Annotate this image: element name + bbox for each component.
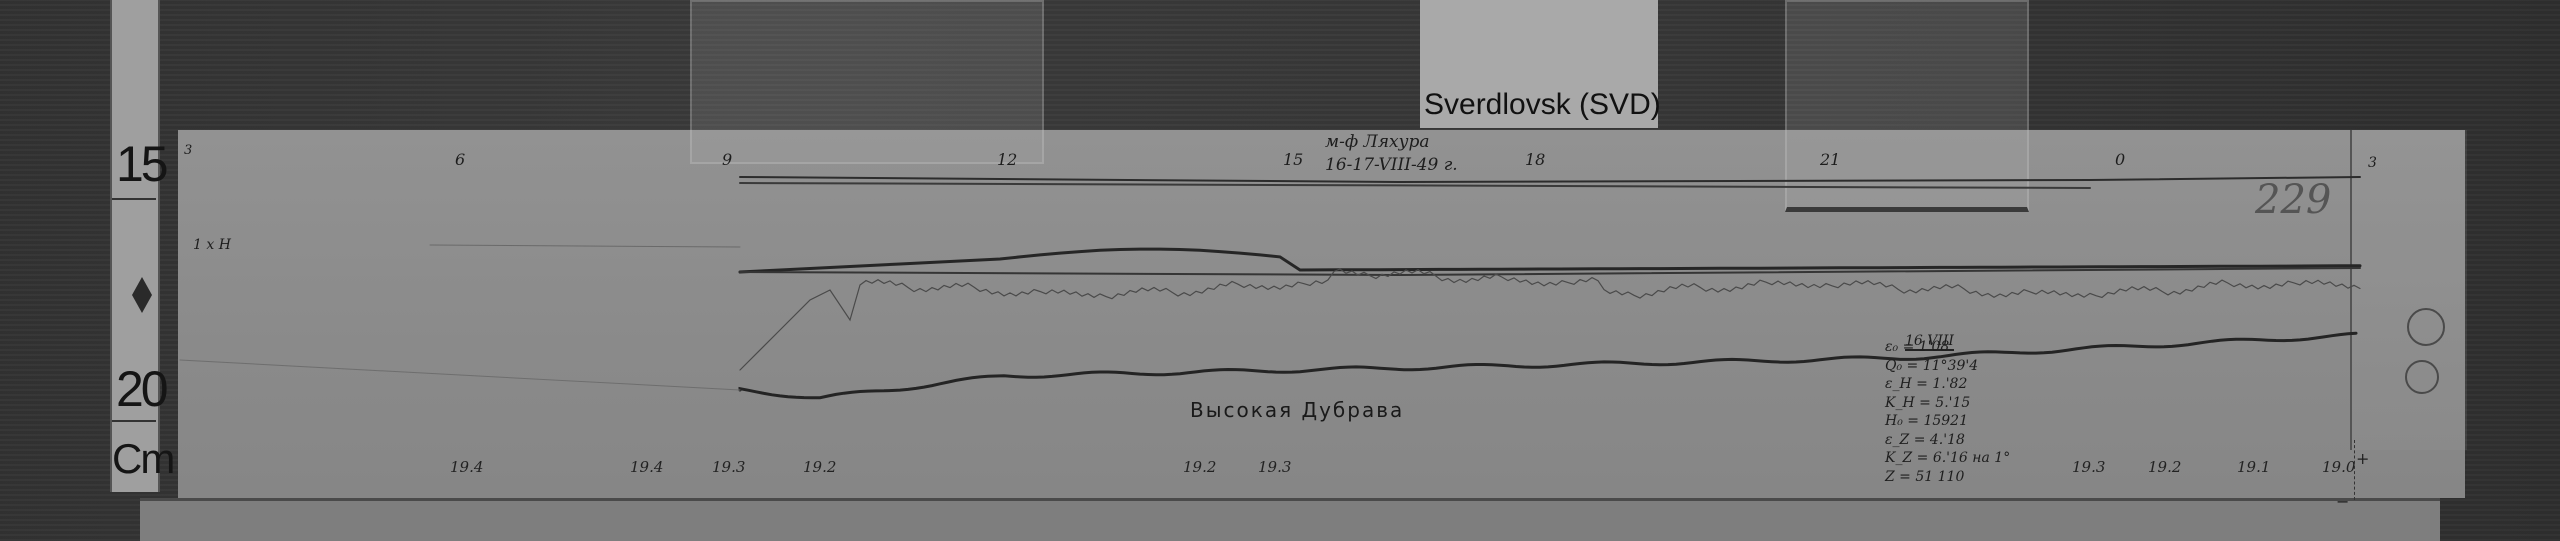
time-marker: 6 — [455, 150, 465, 169]
scale-plus: + — [2356, 449, 2369, 468]
temperature-label: 19.0 — [2322, 458, 2355, 476]
note-line: ε_H = 1.'82 — [1885, 375, 2010, 394]
calibration-notes: ε₀ = 1'08Q₀ = 11°39'4ε_H = 1.'82K_H = 5.… — [1885, 338, 2010, 486]
note-line: K_H = 5.'15 — [1885, 394, 2010, 413]
temperature-label: 19.1 — [2237, 458, 2270, 476]
station-name: Высокая Дубрава — [1190, 398, 1404, 422]
note-line: Q₀ = 11°39'4 — [1885, 357, 2010, 376]
note-line: Z = 51 110 — [1885, 468, 2010, 487]
temperature-label: 19.3 — [712, 458, 745, 476]
header-annotation-line2: 16-17-VIII-49 г. — [1325, 155, 1458, 175]
left-annotation: 1 x H — [193, 237, 231, 253]
corner-mark-left: 3 — [184, 143, 192, 158]
temperature-label: 19.2 — [1183, 458, 1216, 476]
temperature-label: 19.2 — [2148, 458, 2181, 476]
temperature-label: 19.3 — [1258, 458, 1291, 476]
time-marker: 0 — [2115, 150, 2125, 169]
corner-mark-right: 3 — [2368, 155, 2377, 171]
time-marker: 18 — [1525, 150, 1545, 169]
header-annotation-line1: м-ф Ляхура — [1325, 132, 1429, 152]
time-marker: 12 — [997, 150, 1017, 169]
note-line: H₀ = 15921 — [1885, 412, 2010, 431]
note-line: ε_Z = 4.'18 — [1885, 431, 2010, 450]
page-number: 229 — [2255, 177, 2331, 223]
time-marker: 21 — [1820, 150, 1840, 169]
time-marker: 9 — [722, 150, 732, 169]
temperature-label: 19.4 — [630, 458, 663, 476]
temperature-label: 19.2 — [803, 458, 836, 476]
note-line: K_Z = 6.'16 на 1° — [1885, 449, 2010, 468]
scale-arrow — [2354, 440, 2356, 500]
temperature-label: 19.3 — [2072, 458, 2105, 476]
note-line: ε₀ = 1'08 — [1885, 338, 2010, 357]
time-marker: 15 — [1283, 150, 1303, 169]
scale-minus: − — [2336, 492, 2349, 511]
temperature-label: 19.4 — [450, 458, 483, 476]
